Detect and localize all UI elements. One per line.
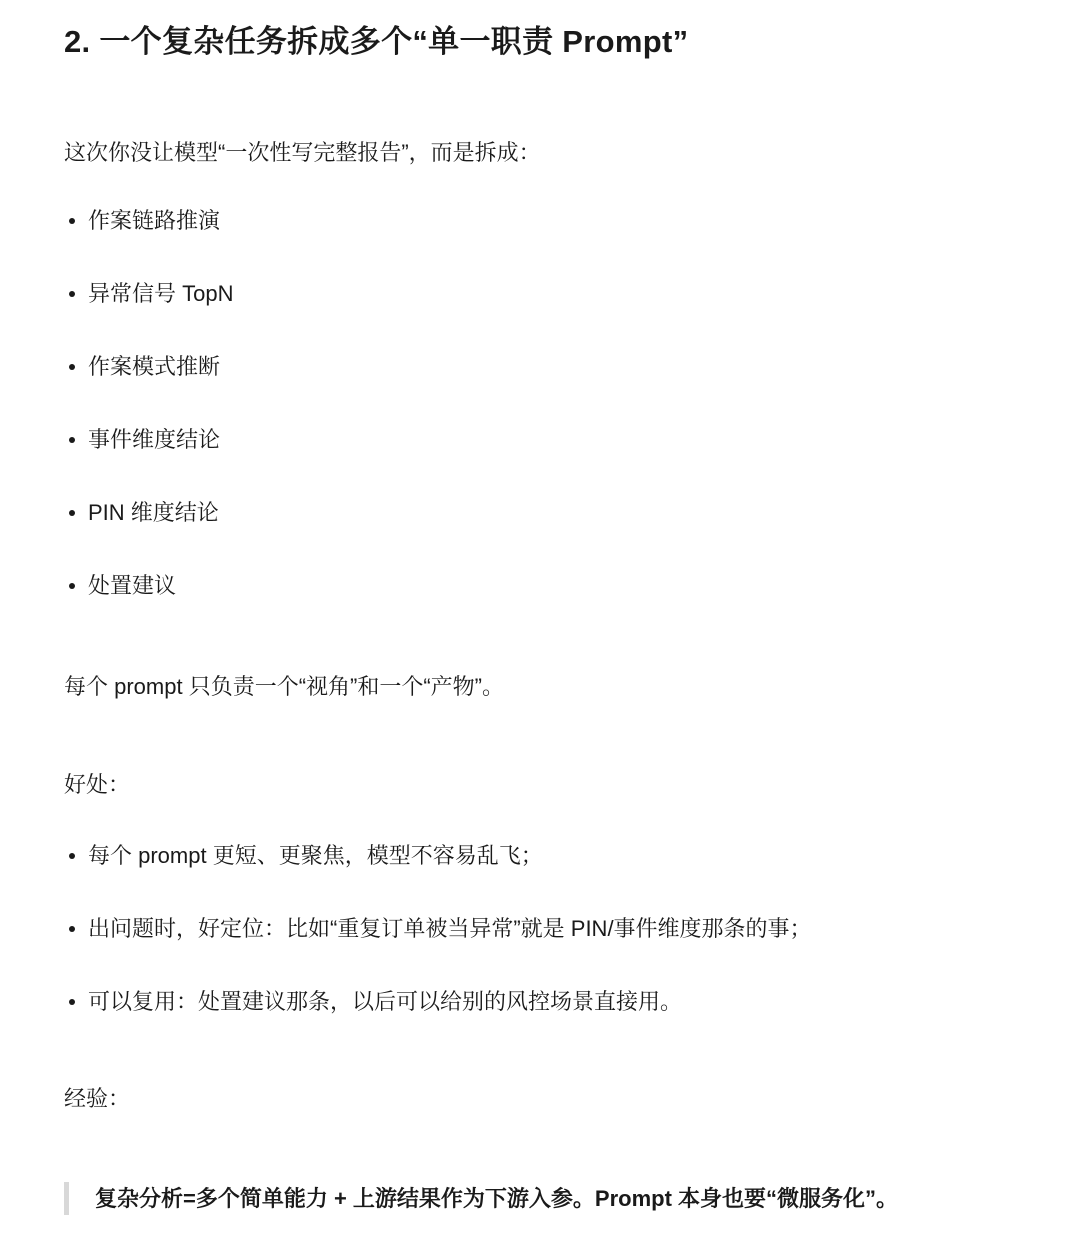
benefits-label: 好处： xyxy=(64,768,1054,801)
list-item-text: 作案链路推演 xyxy=(88,208,220,233)
list-item: 出问题时，好定位：比如“重复订单被当异常”就是 PIN/事件维度那条的事； xyxy=(64,912,1054,945)
list-item: 可以复用：处置建议那条，以后可以给别的风控场景直接用。 xyxy=(64,985,1054,1018)
intro-paragraph: 这次你没让模型“一次性写完整报告”，而是拆成： xyxy=(64,136,1054,169)
list-item-text: 处置建议 xyxy=(88,573,176,598)
list-item-text: 异常信号 TopN xyxy=(88,281,233,306)
bullet-dot-icon xyxy=(69,583,75,589)
list-item-text: PIN 维度结论 xyxy=(88,500,219,525)
list-item-text: 每个 prompt 更短、更聚焦，模型不容易乱飞； xyxy=(88,843,543,868)
list-item: 作案链路推演 xyxy=(64,204,1054,237)
list-item: 每个 prompt 更短、更聚焦，模型不容易乱飞； xyxy=(64,839,1054,872)
bullet-dot-icon xyxy=(69,926,75,932)
bullet-dot-icon xyxy=(69,999,75,1005)
list-item-text: 作案模式推断 xyxy=(88,354,220,379)
section-heading: 2. 一个复杂任务拆成多个“单一职责 Prompt” xyxy=(64,22,1054,62)
experience-quote-text: 复杂分析=多个简单能力 + 上游结果作为下游入参。Prompt 本身也要“微服务… xyxy=(95,1182,1054,1215)
list-item: 异常信号 TopN xyxy=(64,277,1054,310)
list-item: 事件维度结论 xyxy=(64,423,1054,456)
experience-quote: 复杂分析=多个简单能力 + 上游结果作为下游入参。Prompt 本身也要“微服务… xyxy=(64,1182,1054,1215)
list-item: 作案模式推断 xyxy=(64,350,1054,383)
bullet-dot-icon xyxy=(69,364,75,370)
bullet-dot-icon xyxy=(69,853,75,859)
bullet-dot-icon xyxy=(69,437,75,443)
experience-label: 经验： xyxy=(64,1082,1054,1115)
list-item: 处置建议 xyxy=(64,569,1054,602)
list-item-text: 事件维度结论 xyxy=(88,427,220,452)
single-responsibility-paragraph: 每个 prompt 只负责一个“视角”和一个“产物”。 xyxy=(64,670,1054,703)
split-list: 作案链路推演 异常信号 TopN 作案模式推断 事件维度结论 PIN 维度结论 … xyxy=(64,204,1054,602)
list-item: PIN 维度结论 xyxy=(64,496,1054,529)
benefits-list: 每个 prompt 更短、更聚焦，模型不容易乱飞； 出问题时，好定位：比如“重复… xyxy=(64,839,1054,1018)
bullet-dot-icon xyxy=(69,510,75,516)
bullet-dot-icon xyxy=(69,291,75,297)
article: 2. 一个复杂任务拆成多个“单一职责 Prompt” 这次你没让模型“一次性写完… xyxy=(0,0,1080,1215)
bullet-dot-icon xyxy=(69,218,75,224)
list-item-text: 出问题时，好定位：比如“重复订单被当异常”就是 PIN/事件维度那条的事； xyxy=(88,916,812,941)
list-item-text: 可以复用：处置建议那条，以后可以给别的风控场景直接用。 xyxy=(88,989,682,1014)
